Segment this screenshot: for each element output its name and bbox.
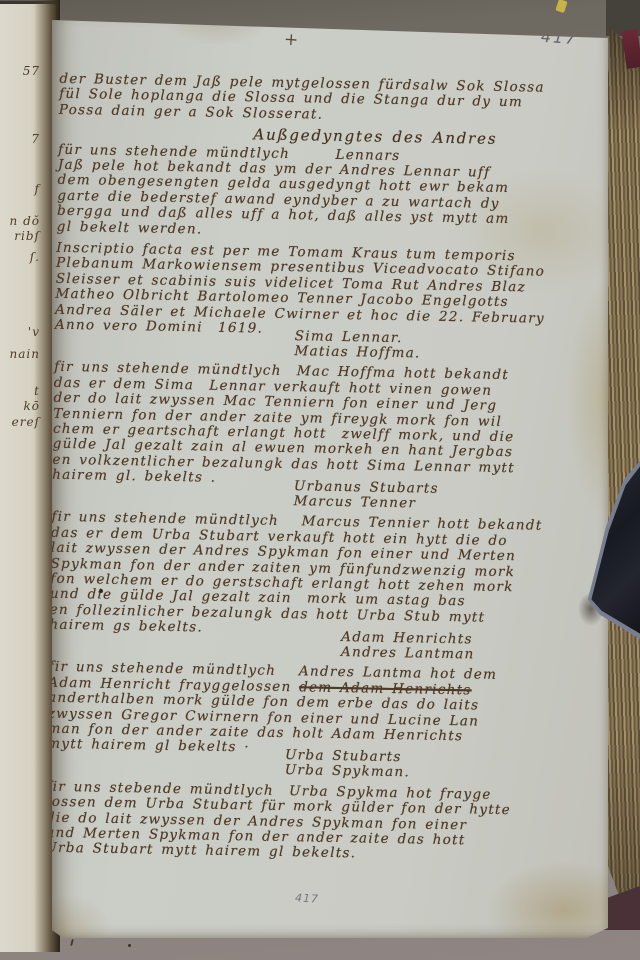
signature-block: Sima Lennar.Matias Hoffma. <box>294 329 579 365</box>
manuscript-paragraph: fir uns stehende mündtlych Mac Hoffma ho… <box>52 360 578 493</box>
manuscript-paragraph: Inscriptio facta est per me Tomam Kraus … <box>55 241 581 343</box>
yellow-fiber-fleck <box>555 0 567 13</box>
manuscript-paragraph: fir uns stehende mündtlych Marcus Tennie… <box>49 510 575 643</box>
folio-number-bottom: 417 <box>295 891 320 905</box>
manuscript-text: der Buster dem Jaß pele mytgelossen fürd… <box>36 8 609 948</box>
manuscript-paragraph: für uns stehende mündtlych LennarsJaß pe… <box>57 142 583 244</box>
manuscript-photo: 577fn dŏribſſ.'vnaintkōereſ + 417 der Bu… <box>0 0 640 960</box>
ink-speck <box>99 589 103 593</box>
ink-speck <box>128 944 131 947</box>
manuscript-line: Andres Lantman <box>341 645 573 665</box>
manuscript-paragraph: der Buster dem Jaß pele mytgelossen fürd… <box>59 72 584 128</box>
ink-speck <box>70 939 74 946</box>
manuscript-paragraph: fir uns stebende mündtlych Urba Spykma h… <box>45 779 570 866</box>
manuscript-page: + 417 der Buster dem Jaß pele mytgelosse… <box>52 8 608 938</box>
signature-block: Urbanus StubartsMarcus Tenner <box>294 479 577 515</box>
signature-block: Adam HenrichtsAndres Lantman <box>341 630 574 665</box>
signature-block: Urba StubartsUrba Spykman. <box>285 748 572 784</box>
